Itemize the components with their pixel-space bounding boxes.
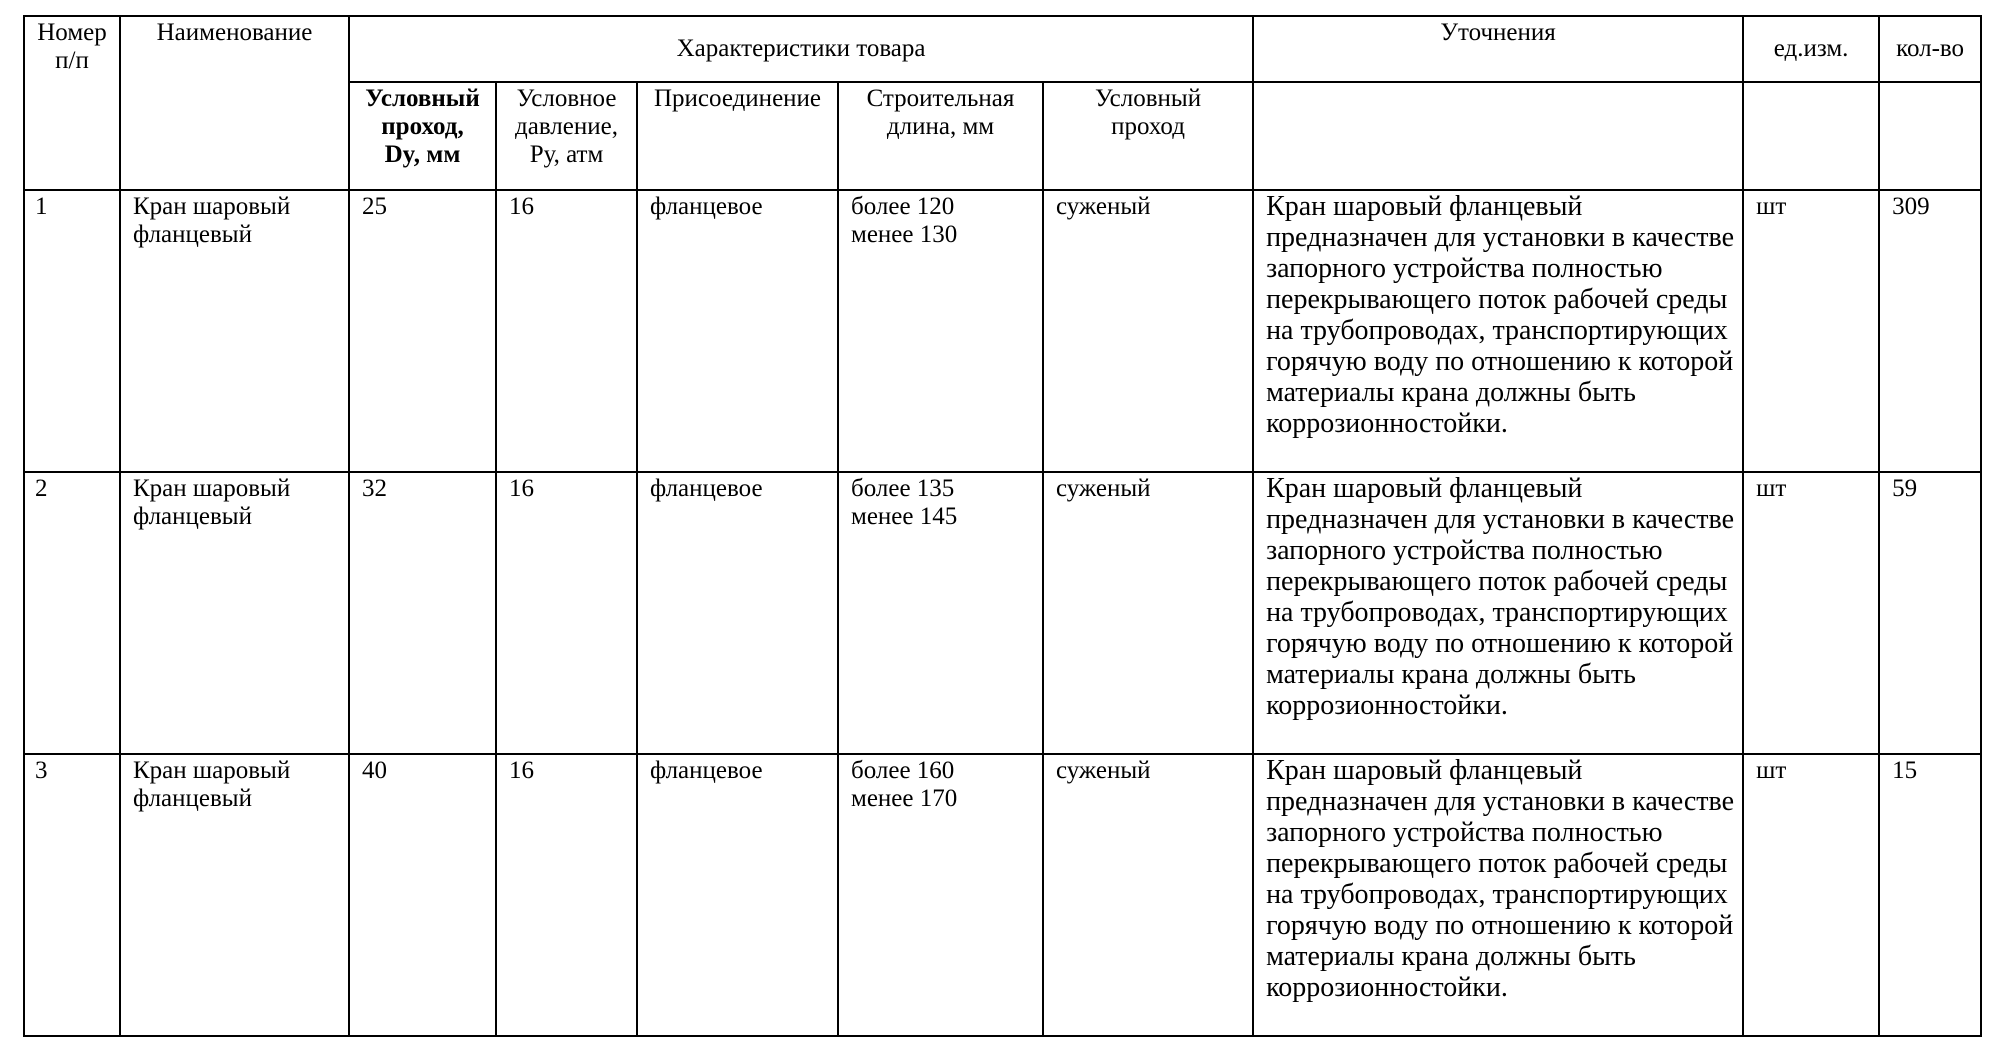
description-text: Кран шаровый фланцевый предназначен для … (1266, 473, 1734, 749)
header-unit-sub (1743, 82, 1879, 190)
cell-quantity: 59 (1879, 472, 1981, 754)
cell-name: Кран шаровый фланцевый (120, 190, 349, 472)
header-clarifications: Уточнения (1253, 16, 1743, 82)
length-min: более 120 (851, 193, 1030, 221)
cell-number: 2 (24, 472, 120, 754)
cell-quantity: 15 (1879, 754, 1981, 1036)
header-quantity: кол-во (1879, 16, 1981, 82)
header-number: Номер п/п (24, 16, 120, 190)
header-quantity-sub (1879, 82, 1981, 190)
cell-number: 1 (24, 190, 120, 472)
cell-length: более 120 менее 130 (838, 190, 1043, 472)
description-text: Кран шаровый фланцевый предназначен для … (1266, 191, 1734, 467)
table-row: 3 Кран шаровый фланцевый 40 16 фланцевое… (24, 754, 1981, 1036)
header-construction-length: Строительная длина, мм (838, 82, 1043, 190)
length-min: более 135 (851, 475, 1030, 503)
description-text: Кран шаровый фланцевый предназначен для … (1266, 755, 1734, 1031)
cell-name: Кран шаровый фланцевый (120, 472, 349, 754)
cell-dy: 32 (349, 472, 496, 754)
cell-py: 16 (496, 472, 637, 754)
length-max: менее 145 (851, 503, 1030, 531)
table-row: 2 Кран шаровый фланцевый 32 16 фланцевое… (24, 472, 1981, 754)
cell-length: более 160 менее 170 (838, 754, 1043, 1036)
cell-dy: 25 (349, 190, 496, 472)
cell-connection: фланцевое (637, 754, 838, 1036)
header-nominal-bore-dy: Условный проход, Dy, мм (349, 82, 496, 190)
cell-number: 3 (24, 754, 120, 1036)
cell-description: Кран шаровый фланцевый предназначен для … (1253, 472, 1743, 754)
cell-bore: суженый (1043, 472, 1253, 754)
header-unit: ед.изм. (1743, 16, 1879, 82)
length-max: менее 170 (851, 785, 1030, 813)
header-nominal-pressure: Условное давление, Ру, атм (496, 82, 637, 190)
cell-unit: шт (1743, 190, 1879, 472)
cell-quantity: 309 (1879, 190, 1981, 472)
cell-unit: шт (1743, 754, 1879, 1036)
cell-py: 16 (496, 754, 637, 1036)
cell-connection: фланцевое (637, 190, 838, 472)
length-max: менее 130 (851, 221, 1030, 249)
header-connection: Присоединение (637, 82, 838, 190)
cell-name: Кран шаровый фланцевый (120, 754, 349, 1036)
header-clarifications-sub (1253, 82, 1743, 190)
cell-unit: шт (1743, 472, 1879, 754)
cell-dy: 40 (349, 754, 496, 1036)
header-characteristics: Характеристики товара (349, 16, 1253, 82)
table-row: 1 Кран шаровый фланцевый 25 16 фланцевое… (24, 190, 1981, 472)
cell-connection: фланцевое (637, 472, 838, 754)
cell-bore: суженый (1043, 190, 1253, 472)
cell-description: Кран шаровый фланцевый предназначен для … (1253, 754, 1743, 1036)
header-name: Наименование (120, 16, 349, 190)
cell-py: 16 (496, 190, 637, 472)
specification-table: Номер п/п Наименование Характеристики то… (23, 15, 1982, 1037)
cell-length: более 135 менее 145 (838, 472, 1043, 754)
header-nominal-bore: Условный проход (1043, 82, 1253, 190)
length-min: более 160 (851, 757, 1030, 785)
cell-description: Кран шаровый фланцевый предназначен для … (1253, 190, 1743, 472)
cell-bore: суженый (1043, 754, 1253, 1036)
header-row-top: Номер п/п Наименование Характеристики то… (24, 16, 1981, 82)
